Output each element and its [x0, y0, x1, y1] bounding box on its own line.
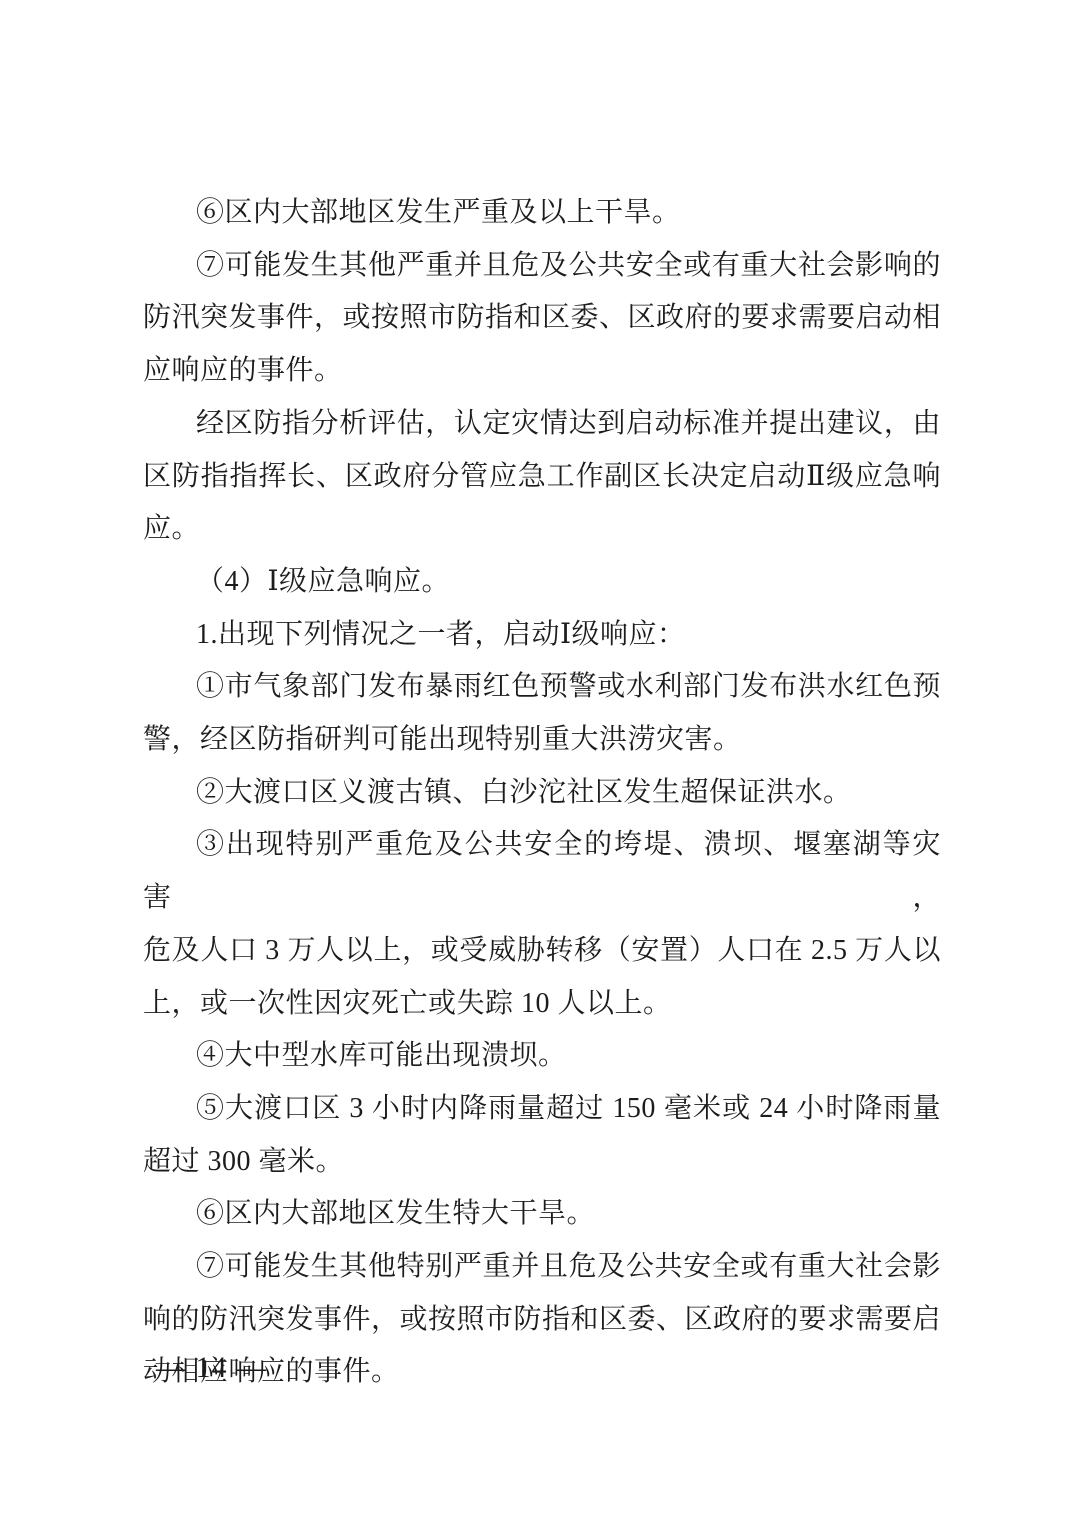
paragraph: 经区防指分析评估，认定灾情达到启动标准并提出建议，由区防指指挥长、区政府分管应急…	[143, 398, 941, 556]
text-line: 1.出现下列情况之一者，启动Ⅰ级响应：	[143, 609, 941, 662]
text-line: ⑦可能发生其他特别严重并且危及公共安全或有重大社会影	[143, 1241, 941, 1294]
text-line: ①市气象部门发布暴雨红色预警或水利部门发布洪水红色预	[143, 661, 941, 714]
paragraph: ⑦可能发生其他严重并且危及公共安全或有重大社会影响的防汛突发事件，或按照市防指和…	[143, 240, 941, 398]
text-line: ⑥区内大部地区发生特大干旱。	[143, 1188, 941, 1241]
text-line: 区防指指挥长、区政府分管应急工作副区长决定启动Ⅱ级应急响	[143, 451, 941, 504]
text-line: 经区防指分析评估，认定灾情达到启动标准并提出建议，由	[143, 398, 941, 451]
paragraph: 1.出现下列情况之一者，启动Ⅰ级响应：	[143, 609, 941, 662]
text-line: 响的防汛突发事件，或按照市防指和区委、区政府的要求需要启	[143, 1294, 941, 1347]
text-line: ③出现特别严重危及公共安全的垮堤、溃坝、堰塞湖等灾害，	[143, 819, 941, 924]
paragraph: （4）Ⅰ级应急响应。	[143, 556, 941, 609]
paragraph: ⑥区内大部地区发生严重及以上干旱。	[143, 187, 941, 240]
text-line: （4）Ⅰ级应急响应。	[143, 556, 941, 609]
text-line: 应响应的事件。	[143, 345, 941, 398]
text-line: ⑥区内大部地区发生严重及以上干旱。	[143, 187, 941, 240]
paragraph: ④大中型水库可能出现溃坝。	[143, 1030, 941, 1083]
text-line: 应。	[143, 503, 941, 556]
document-body: ⑥区内大部地区发生严重及以上干旱。⑦可能发生其他严重并且危及公共安全或有重大社会…	[143, 187, 941, 1399]
text-line: ⑤大渡口区 3 小时内降雨量超过 150 毫米或 24 小时降雨量	[143, 1083, 941, 1136]
text-line: 危及人口 3 万人以上，或受威胁转移（安置）人口在 2.5 万人以	[143, 925, 941, 978]
text-line: 防汛突发事件，或按照市防指和区委、区政府的要求需要启动相	[143, 292, 941, 345]
paragraph: ③出现特别严重危及公共安全的垮堤、溃坝、堰塞湖等灾害，危及人口 3 万人以上，或…	[143, 819, 941, 1030]
text-line: ④大中型水库可能出现溃坝。	[143, 1030, 941, 1083]
text-line: ②大渡口区义渡古镇、白沙沱社区发生超保证洪水。	[143, 767, 941, 820]
text-line: ⑦可能发生其他严重并且危及公共安全或有重大社会影响的	[143, 240, 941, 293]
paragraph: ②大渡口区义渡古镇、白沙沱社区发生超保证洪水。	[143, 767, 941, 820]
text-line: 超过 300 毫米。	[143, 1136, 941, 1189]
paragraph: ①市气象部门发布暴雨红色预警或水利部门发布洪水红色预警，经区防指研判可能出现特别…	[143, 661, 941, 766]
paragraph: ⑤大渡口区 3 小时内降雨量超过 150 毫米或 24 小时降雨量超过 300 …	[143, 1083, 941, 1188]
paragraph: ⑥区内大部地区发生特大干旱。	[143, 1188, 941, 1241]
page-number: — 14 —	[156, 1345, 267, 1391]
document-page: ⑥区内大部地区发生严重及以上干旱。⑦可能发生其他严重并且危及公共安全或有重大社会…	[0, 0, 1074, 1520]
text-line: 上，或一次性因灾死亡或失踪 10 人以上。	[143, 978, 941, 1031]
text-line: 警，经区防指研判可能出现特别重大洪涝灾害。	[143, 714, 941, 767]
